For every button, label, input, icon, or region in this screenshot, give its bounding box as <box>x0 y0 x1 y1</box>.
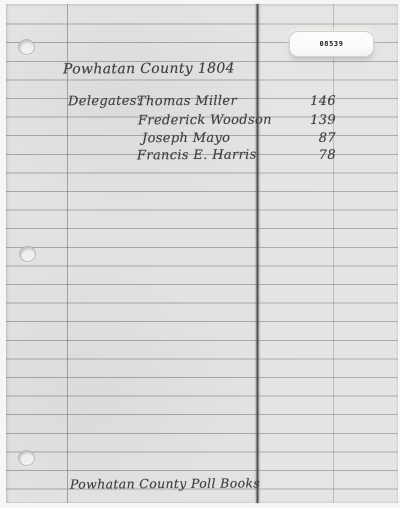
hole-punch-middle <box>19 246 36 262</box>
footer-note: Powhatan County Poll Books <box>70 475 260 491</box>
page-fold-line <box>256 4 259 503</box>
underlying-page-edge <box>259 4 398 503</box>
scanned-page: 08539 Powhatan County 1804 Delegates: Th… <box>0 0 400 508</box>
notebook-paper: 08539 Powhatan County 1804 Delegates: Th… <box>6 4 398 503</box>
left-margin-line <box>67 4 68 503</box>
hole-punch-bottom <box>18 450 35 466</box>
delegate-votes: 87 <box>296 131 336 146</box>
delegate-votes: 78 <box>296 148 336 163</box>
catalog-number: 08539 <box>319 40 343 48</box>
delegate-name: Francis E. Harris <box>137 148 257 164</box>
delegate-votes: 146 <box>296 94 336 109</box>
delegate-votes: 139 <box>296 113 336 128</box>
catalog-label: 08539 <box>289 31 374 57</box>
page-title: Powhatan County 1804 <box>63 60 235 77</box>
delegate-name: Joseph Mayo <box>142 131 230 147</box>
delegates-label: Delegates: <box>68 94 142 109</box>
delegate-name: Thomas Miller <box>137 94 237 110</box>
hole-punch-top <box>18 39 35 55</box>
right-margin-line <box>333 4 334 503</box>
delegate-name: Frederick Woodson <box>138 113 272 129</box>
